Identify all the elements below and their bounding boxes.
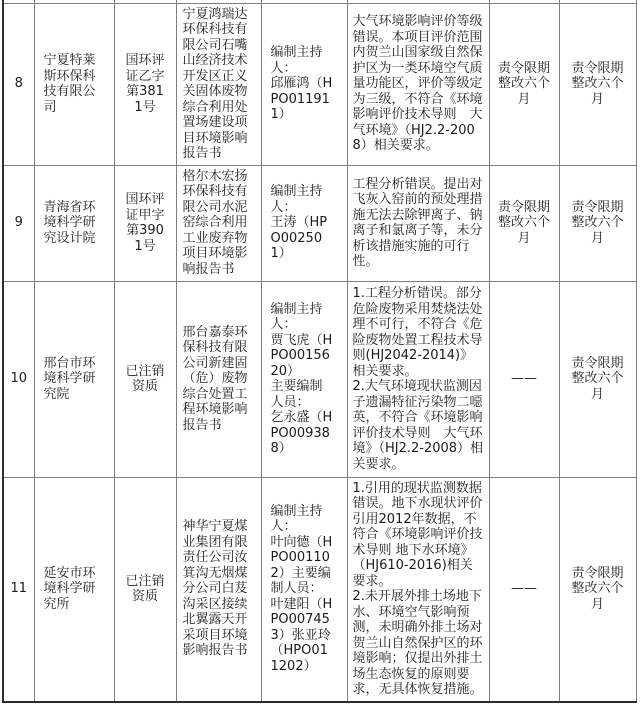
cell-penalty-staff: 责令限期整改六个月 xyxy=(559,165,636,281)
cell-penalty-agency: —— xyxy=(489,477,559,702)
table-row: 10 邢台市环境科学研究院 已注销资质 邢台嘉泰环保科技有限公司新建固（危）废物… xyxy=(3,281,636,477)
cell-penalty-agency: 责令限期整改六个月 xyxy=(489,3,559,165)
cell-penalty-agency: 责令限期整改六个月 xyxy=(489,165,559,281)
table-row: 9 青海省环境科学研究设计院 国环评证甲字第3901号 格尔木宏扬环保科技有限公… xyxy=(3,165,636,281)
cell-agency-name: 宁夏特莱斯环保科技有限公司 xyxy=(34,3,114,165)
cell-penalty-staff: 责令限期整改六个月 xyxy=(559,3,636,165)
cell-row-number: 10 xyxy=(3,281,34,477)
table-row: 8 宁夏特莱斯环保科技有限公司 国环评证乙字第3811号 宁夏鸿瑞达环保科技有限… xyxy=(3,3,636,165)
cell-problems: 1.工程分析错误。部分危险废物采用焚烧法处理不可行，不符合《危险废物处置工程技术… xyxy=(347,281,489,477)
cell-agency-name: 邢台市环境科学研究院 xyxy=(34,281,114,477)
cell-row-number: 11 xyxy=(3,477,34,702)
cell-certificate: 已注销资质 xyxy=(114,281,176,477)
cell-staff: 编制主持人： 王涛（HPO002501） xyxy=(261,165,347,281)
cell-project-title: 格尔木宏扬环保科技有限公司水泥窑综合利用工业废弃物项目环境影响报告书 xyxy=(176,165,261,281)
cell-penalty-agency: —— xyxy=(489,281,559,477)
cell-penalty-staff: 责令限期整改六个月 xyxy=(559,477,636,702)
cell-project-title: 邢台嘉泰环保科技有限公司新建固（危）废物综合处置工程环境影响报告书 xyxy=(176,281,261,477)
violations-table: 8 宁夏特莱斯环保科技有限公司 国环评证乙字第3811号 宁夏鸿瑞达环保科技有限… xyxy=(2,0,637,703)
cell-certificate: 已注销资质 xyxy=(114,477,176,702)
cell-problems: 1.引用的现状监测数据错误。地下水现状评价引用2012年数据，不符合《环境影响评… xyxy=(347,477,489,702)
cell-staff: 编制主持人： 贾飞虎（HPO0015620） 主要编制人员： 乞永盛（HPO00… xyxy=(261,281,347,477)
cell-project-title: 神华宁夏煤业集团有限责任公司汝箕沟无烟煤分公司白芨沟采区接续北翼露天开采项目环境… xyxy=(176,477,261,702)
document-page: 8 宁夏特莱斯环保科技有限公司 国环评证乙字第3811号 宁夏鸿瑞达环保科技有限… xyxy=(0,0,640,707)
cell-penalty-staff: 责令限期整改六个月 xyxy=(559,281,636,477)
cell-staff: 编制主持人： 叶向德（HPO001102）主要编制人员： 叶建阳（HPO0074… xyxy=(261,477,347,702)
cell-project-title: 宁夏鸿瑞达环保科技有限公司石嘴山经济技术开发区正义关固体废物综合利用处置场建设项… xyxy=(176,3,261,165)
cell-agency-name: 青海省环境科学研究设计院 xyxy=(34,165,114,281)
table-row: 11 延安市环境科学研究所 已注销资质 神华宁夏煤业集团有限责任公司汝箕沟无烟煤… xyxy=(3,477,636,702)
cell-problems: 大气环境影响评价等级错误。本项目评价范围内贺兰山国家级自然保护区为一类环境空气质… xyxy=(347,3,489,165)
cell-problems: 工程分析错误。提出对飞灰入窑前的预处理措施无法去除钾离子、钠离子和氯离子等，未分… xyxy=(347,165,489,281)
cell-row-number: 9 xyxy=(3,165,34,281)
cell-certificate: 国环评证甲字第3901号 xyxy=(114,165,176,281)
cell-staff: 编制主持人： 邱雁鸿（HPO011911） xyxy=(261,3,347,165)
cell-certificate: 国环评证乙字第3811号 xyxy=(114,3,176,165)
cell-row-number: 8 xyxy=(3,3,34,165)
cell-agency-name: 延安市环境科学研究所 xyxy=(34,477,114,702)
